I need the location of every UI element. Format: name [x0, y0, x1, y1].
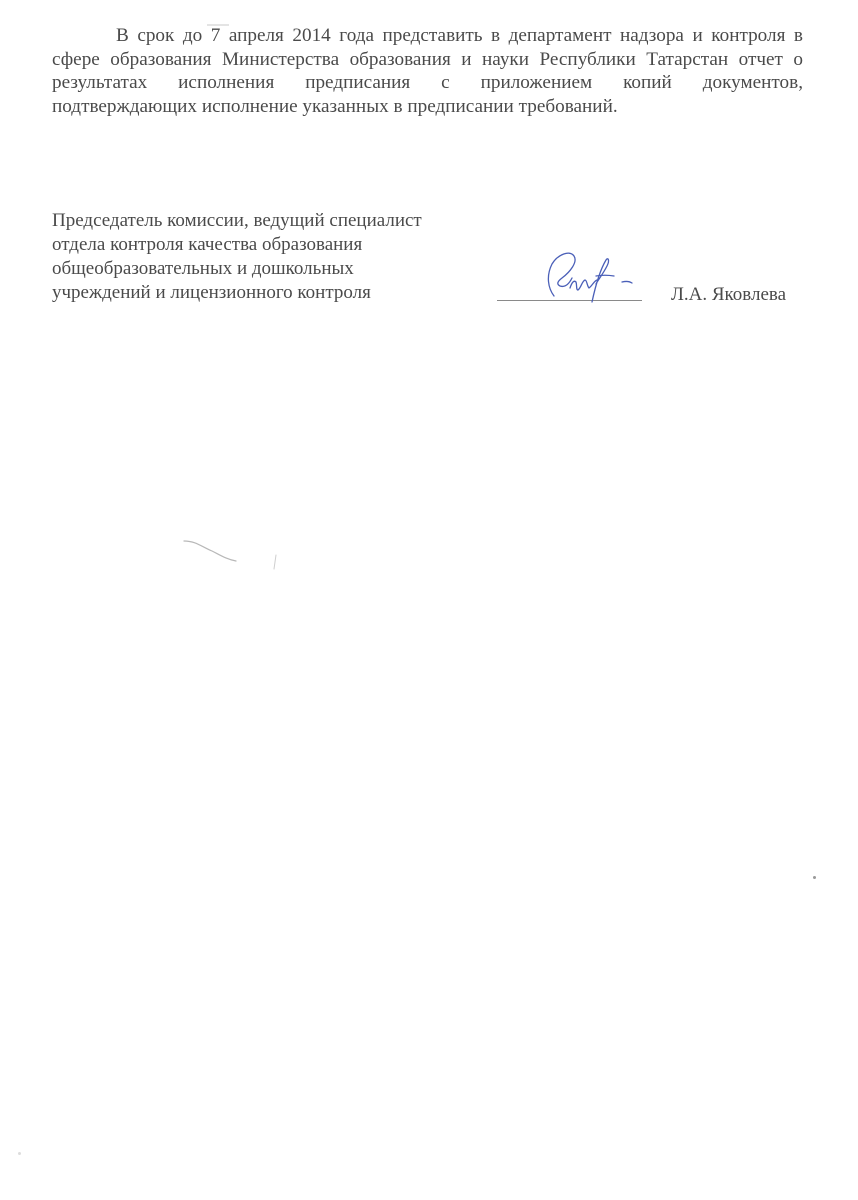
paragraph-line: результатах исполнения предписания с при…	[52, 71, 803, 95]
handwritten-signature-icon	[540, 248, 650, 304]
position-line: общеобразовательных и дошкольных	[52, 257, 472, 281]
position-line: учреждений и лицензионного контроля	[52, 281, 472, 305]
signer-name: Л.А. Яковлева	[671, 283, 786, 307]
paragraph-line: подтверждающих исполнение указанных в пр…	[52, 95, 803, 119]
position-line: Председатель комиссии, ведущий специалис…	[52, 209, 472, 233]
instruction-paragraph: В срок до 7 апреля 2014 года представить…	[52, 24, 803, 119]
signer-position: Председатель комиссии, ведущий специалис…	[52, 209, 472, 305]
position-line: отдела контроля качества образования	[52, 233, 472, 257]
scan-artifact-dot	[18, 1152, 21, 1155]
paragraph-line: сфере образования Министерства образован…	[52, 48, 803, 72]
document-page: В срок до 7 апреля 2014 года представить…	[0, 0, 858, 1200]
scan-artifact-dot	[813, 876, 816, 879]
paragraph-line: В срок до 7 апреля 2014 года представить…	[52, 24, 803, 48]
scan-artifact-smudge	[178, 535, 278, 575]
